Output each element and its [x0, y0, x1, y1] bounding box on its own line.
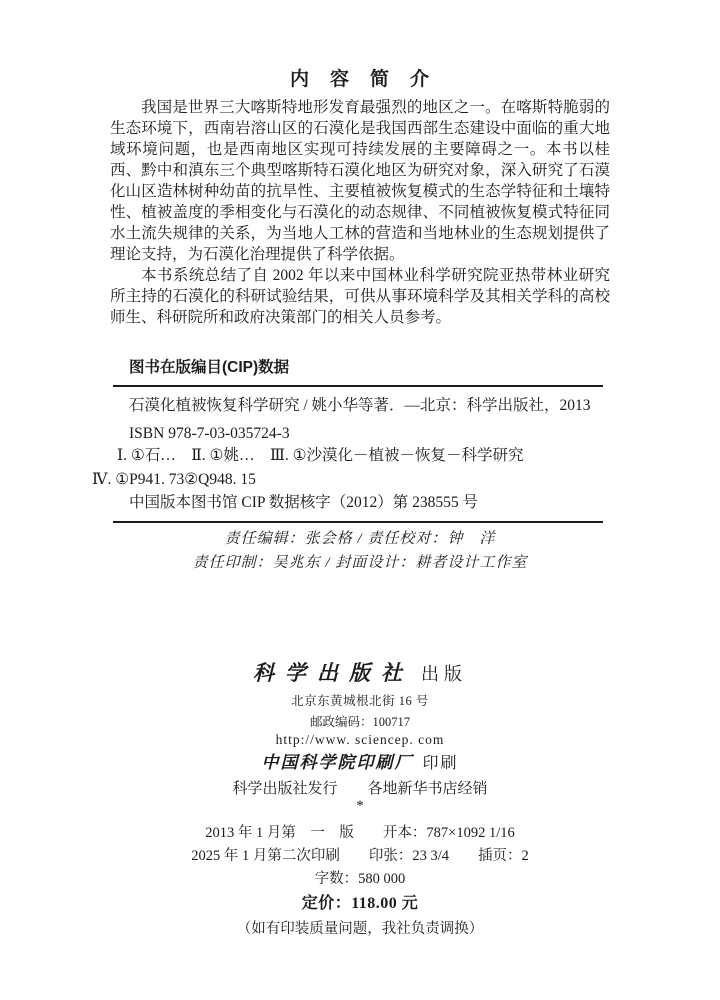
- print-label: 印刷: [422, 755, 458, 772]
- paragraph-line: 我国是世界三大喀斯特地形发育最强烈的地区之一。在喀斯特脆弱的: [110, 97, 610, 118]
- paragraph-line: 所主持的石漠化的科研试验结果，可供从事环境科学及其相关学科的高校: [110, 286, 610, 307]
- science-press-logo: 科学出版社: [253, 661, 413, 685]
- publish-label: 出版: [421, 664, 467, 684]
- word-count-line: 字数：580 000: [0, 867, 720, 888]
- cip-rule-top: [113, 385, 603, 387]
- paragraph-line: 理论支持，为石漠化治理提供了科学依据。: [110, 244, 610, 265]
- publisher-postcode: 邮政编码：100717: [0, 712, 720, 730]
- credits-printing-line: 责任印制：吴兆东 / 封面设计：耕者设计工作室: [0, 551, 720, 575]
- cip-heading: 图书在版编目(CIP)数据: [113, 356, 603, 380]
- cip-box: 图书在版编目(CIP)数据 石漠化植被恢复科学研究 / 姚小华等著．—北京：科学…: [113, 356, 603, 523]
- quality-notice: （如有印装质量问题，我社负责调换）: [0, 917, 720, 938]
- second-printing-line: 2025 年 1 月第二次印刷 印张：23 3/4 插页：2: [0, 844, 720, 865]
- responsibility-credits: 责任编辑：张会格 / 责任校对：钟 洋 责任印制：吴兆东 / 封面设计：耕者设计…: [0, 527, 720, 575]
- printer-line: 中国科学院印刷厂印刷: [0, 751, 720, 775]
- paragraph-line: 本书系统总结了自 2002 年以来中国林业科学研究院亚热带林业研究: [110, 265, 610, 286]
- book-copyright-page: 内 容 简 介 我国是世界三大喀斯特地形发育最强烈的地区之一。在喀斯特脆弱的生态…: [0, 0, 720, 1000]
- cip-rule-bottom: [113, 521, 603, 523]
- intro-paragraph-2: 本书系统总结了自 2002 年以来中国林业科学研究院亚热带林业研究所主持的石漠化…: [110, 265, 610, 328]
- paragraph-line: 域环境问题，也是西南地区实现可持续发展的主要障碍之一。本书以桂: [110, 139, 610, 160]
- cip-isbn: ISBN 978-7-03-035724-3: [113, 424, 603, 444]
- first-edition-line: 2013 年 1 月第 一 版 开本：787×1092 1/16: [0, 821, 720, 842]
- separator-asterisk: *: [0, 798, 720, 815]
- credits-editor-line: 责任编辑：张会格 / 责任校对：钟 洋: [0, 527, 720, 551]
- paragraph-line: 水土流失规律的关系，为当地人工林的营造和当地林业的生态规划提供了: [110, 223, 610, 244]
- cip-classification-2: Ⅳ. ①P941. 73②Q948. 15: [92, 470, 603, 490]
- paragraph-line: 化山区造林树种幼苗的抗旱性、主要植被恢复模式的生态学特征和土壤特: [110, 181, 610, 202]
- printer-logo: 中国科学院印刷厂: [261, 753, 413, 772]
- publisher-website: http://www. sciencep. com: [0, 732, 720, 748]
- cip-classification-1: Ⅰ. ①石… Ⅱ. ①姚… Ⅲ. ①沙漠化－植被－恢复－科学研究: [113, 446, 603, 466]
- publisher-address: 北京东黄城根北街 16 号: [0, 691, 720, 709]
- cip-record-number: 中国版本图书馆 CIP 数据核字（2012）第 238555 号: [113, 493, 603, 513]
- intro-paragraph-1: 我国是世界三大喀斯特地形发育最强烈的地区之一。在喀斯特脆弱的生态环境下，西南岩溶…: [110, 97, 610, 265]
- paragraph-line: 性、植被盖度的季相变化与石漠化的动态规律、不同植被恢复模式特征同: [110, 202, 610, 223]
- paragraph-line: 师生、科研院所和政府决策部门的相关人员参考。: [110, 307, 610, 328]
- paragraph-line: 生态环境下，西南岩溶山区的石漠化是我国西部生态建设中面临的重大地: [110, 118, 610, 139]
- content-summary-title: 内 容 简 介: [0, 64, 720, 91]
- price-line: 定价：118.00 元: [0, 890, 720, 913]
- cip-title-line: 石漠化植被恢复科学研究 / 姚小华等著．—北京：科学出版社，2013: [113, 396, 603, 416]
- distribution-line: 科学出版社发行 各地新华书店经销: [0, 777, 720, 798]
- paragraph-line: 西、黔中和滇东三个典型喀斯特石漠化地区为研究对象，深入研究了石漠: [110, 160, 610, 181]
- publisher-logo-line: 科学出版社出版: [0, 658, 720, 688]
